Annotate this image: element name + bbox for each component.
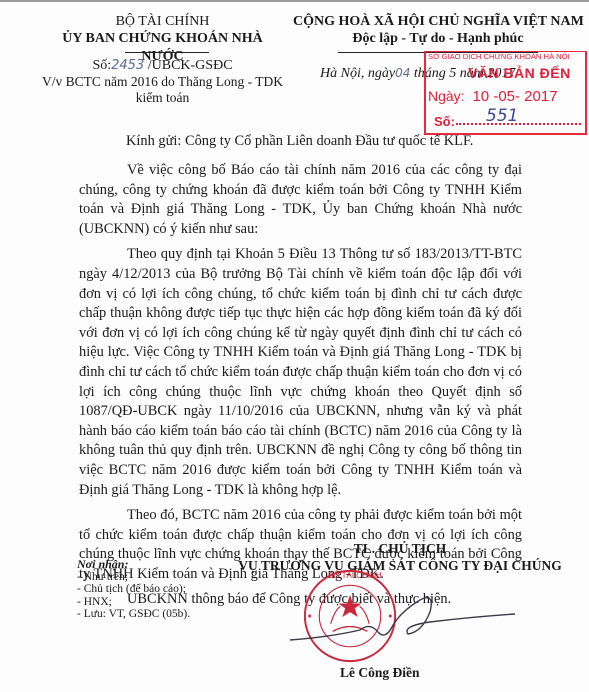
ministry-name: BỘ TÀI CHÍNH [40,13,285,30]
number-prefix: Số: [92,58,111,73]
stamp-title: VĂN BẢN ĐẾN [468,65,571,81]
subject-line-1: V/v BCTC năm 2016 do Thăng Long - TDK [40,74,285,90]
recipients-block: Nơi nhận: - Như trên; - Chủ tịch (để báo… [77,558,190,621]
recipient-item: - Như trên; [77,571,190,584]
stamp-org: SỞ GIAO DỊCH CHỨNG KHOÁN HÀ NỘI [426,52,587,61]
recipients-title: Nơi nhận: [77,558,190,571]
number-suffix: /UBCK-GSĐC [144,58,232,73]
page-top-edge [0,0,589,2]
place-date-prefix: Hà Nội, ngày [320,66,395,81]
stamp-date: Ngày: 10 -05- 2017 [428,88,558,105]
recipient-item: - Lưu: VT, GSĐC (05b). [77,608,190,621]
paragraph-1: Về việc công bố Báo cáo tài chính năm 20… [79,161,522,239]
stamp-date-value: 10 -05- 2017 [472,88,557,105]
seal-text-top: BỘ TÀI CHÍNH [328,571,382,580]
national-header: CỘNG HOÀ XÃ HỘI CHỦ NGHĨA VIỆT NAM Độc l… [293,13,583,48]
stamp-number-label: Số: [434,114,455,129]
recipient-item: - HNX; [77,596,190,609]
country-name: CỘNG HOÀ XÃ HỘI CHỦ NGHĨA VIỆT NAM [293,13,583,30]
stamp-date-label: Ngày: [428,88,465,104]
number-handwritten: 2453 [111,58,144,73]
recipient-item: - Chủ tịch (để báo cáo); [77,583,190,596]
signer-name: Lê Công Điền [340,665,420,681]
subject: V/v BCTC năm 2016 do Thăng Long - TDK ki… [40,74,285,106]
paragraph-2: Theo quy định tại Khoản 5 Điều 13 Thông … [79,245,522,500]
national-motto: Độc lập - Tự do - Hạnh phúc [293,30,583,48]
handwritten-signature-icon [290,592,520,652]
header-underline-left [125,52,209,53]
signer-position: VỤ TRƯỞNG VỤ GIÁM SÁT CÔNG TY ĐẠI CHÚNG [230,557,570,574]
recipient-line: Kính gửi: Công ty Cổ phần Liên doanh Đầu… [126,133,473,150]
on-behalf-title: TL. CHỦ TỊCH [230,540,570,557]
stamp-number-value: 551 [486,106,518,126]
stamp-dotted-line [456,123,581,125]
day-handwritten: 04 [395,66,410,80]
signature-heading: TL. CHỦ TỊCH VỤ TRƯỞNG VỤ GIÁM SÁT CÔNG … [230,540,570,574]
subject-line-2: kiểm toán [40,90,285,106]
received-stamp: SỞ GIAO DỊCH CHỨNG KHOÁN HÀ NỘI VĂN BẢN … [424,51,587,135]
document-number: Số:2453 /UBCK-GSĐC [40,57,285,74]
